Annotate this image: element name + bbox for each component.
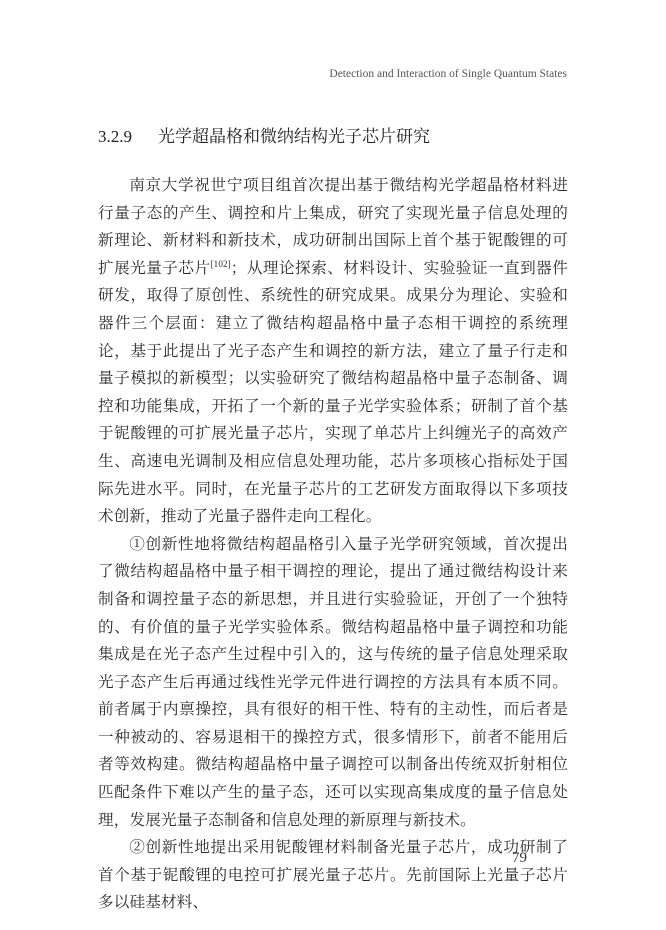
page-number: 79: [512, 850, 527, 867]
body-text: 南京大学祝世宁项目组首次提出基于微结构光学超晶格材料进行量子态的产生、调控和片上…: [98, 172, 568, 917]
paragraph-intro: 南京大学祝世宁项目组首次提出基于微结构光学超晶格材料进行量子态的产生、调控和片上…: [98, 172, 568, 531]
paragraph-intro-continued: ；从理论探索、材料设计、实验验证一直到器件研发，取得了原创性、系统性的研究成果。…: [98, 259, 568, 525]
running-header: Detection and Interaction of Single Quan…: [329, 68, 567, 80]
paragraph-point-2: ②创新性地提出采用铌酸锂材料制备光量子芯片，成功研制了首个基于铌酸锂的电控可扩展…: [98, 834, 568, 917]
section-title: 光学超晶格和微纳结构光子芯片研究: [158, 127, 430, 147]
section-heading: 3.2.9光学超晶格和微纳结构光子芯片研究: [98, 122, 430, 147]
paragraph-point-1: ①创新性地将微结构超晶格引入量子光学研究领域，首次提出了微结构超晶格中量子相干调…: [98, 531, 568, 835]
section-number: 3.2.9: [98, 127, 132, 146]
citation-ref: [102]: [211, 259, 231, 269]
